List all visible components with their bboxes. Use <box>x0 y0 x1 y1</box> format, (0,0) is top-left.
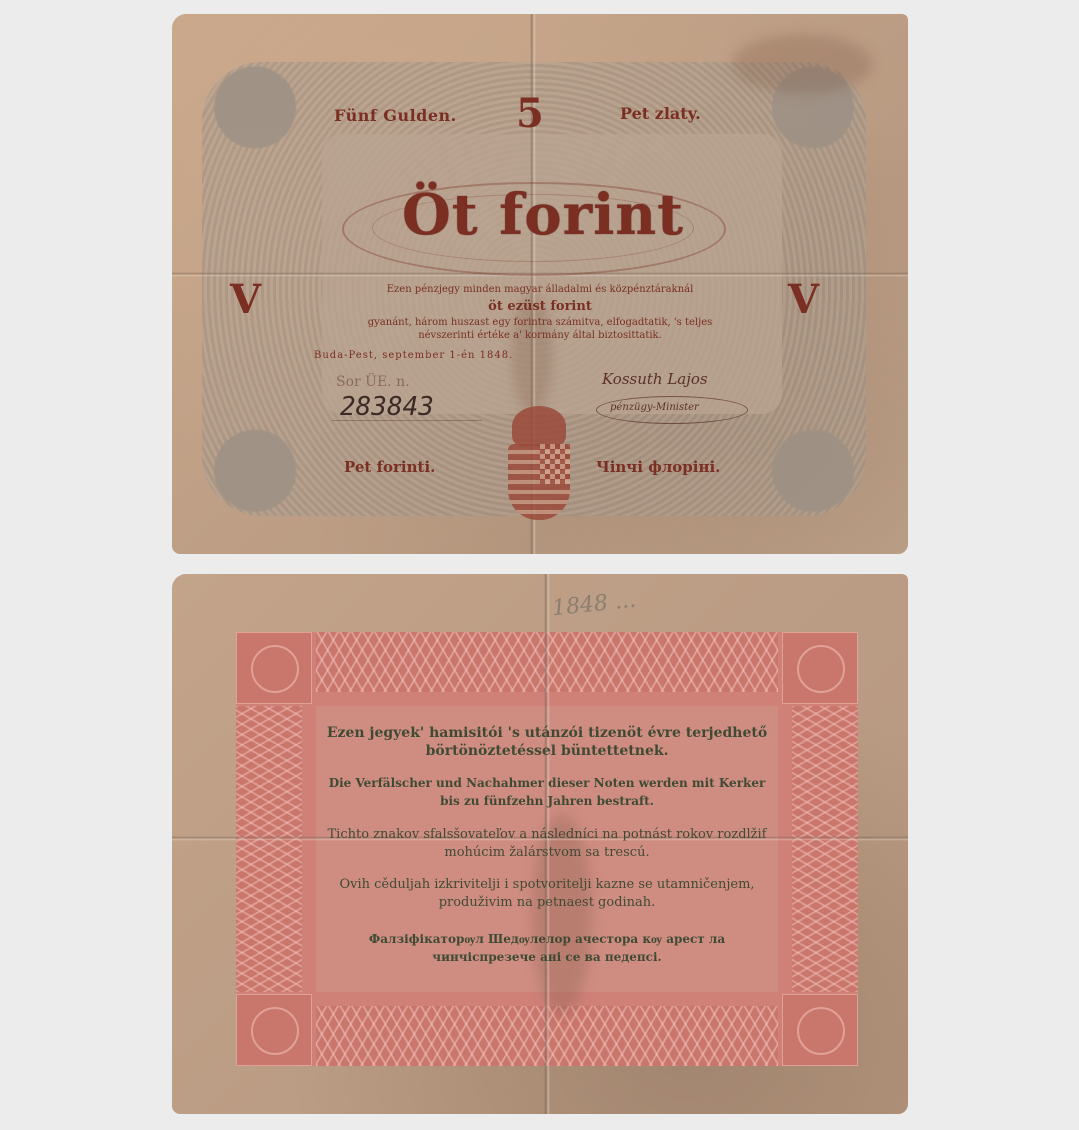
frame-band-right <box>792 706 858 992</box>
penalty-text-hungarian: Ezen jegyek' hamisitói 's utánzói tizenö… <box>322 724 772 760</box>
shield-checker <box>540 444 570 484</box>
frame-corner-rosette <box>236 632 312 704</box>
penalty-text-german: Die Verfälscher und Nachahmer dieser Not… <box>322 774 772 810</box>
stain <box>732 34 872 94</box>
signature-title: pénzügy-Minister <box>610 402 699 413</box>
denomination-romanian-cyrillic: Чinчi флоріні. <box>596 458 720 476</box>
body-text-line: névszerinti értéke a' kormány által bizt… <box>172 330 908 341</box>
body-text-line: gyanánt, három huszast egy forintra szám… <box>172 317 908 328</box>
coat-of-arms-icon <box>504 406 574 524</box>
serial-number: 283843 <box>340 392 434 422</box>
frame-band-left <box>236 706 302 992</box>
banknote-front: Fünf Gulden. 5 Pet zlaty. Öt forint V V … <box>172 14 908 554</box>
banknote-back: 1848 ... Ezen jegyek' hamisitói 's utánz… <box>172 574 908 1114</box>
frame-corner-rosette <box>782 994 858 1066</box>
crown-icon <box>512 406 566 446</box>
denomination-slovak: Pet zlaty. <box>620 104 701 123</box>
denomination-german: Fünf Gulden. <box>334 106 457 125</box>
frame-corner-rosette <box>236 994 312 1066</box>
handwritten-annotation: 1848 ... <box>551 588 637 622</box>
penalty-text-slovak: Tichto znakov sfalsšovateľov a následníc… <box>322 826 772 862</box>
signature: Kossuth Lajos <box>602 370 708 388</box>
note-title: Öt forint <box>402 182 684 248</box>
body-text-line: Ezen pénzjegy minden magyar álladalmi és… <box>172 284 908 295</box>
denomination-serbian: Pet forinti. <box>344 458 435 476</box>
penalty-text-croatian: Ovih cěduljah izkrivitelji i spotvoritel… <box>322 876 772 912</box>
frame-corner-rosette <box>782 632 858 704</box>
denomination-numeral: 5 <box>516 90 544 137</box>
body-text-line: öt ezüst forint <box>172 299 908 314</box>
penalty-text-romanian: Фалзіфікаторѹл Шедѹлелор ачестора кѹ аре… <box>322 930 772 966</box>
place-date: Buda-Pest, september 1-én 1848. <box>314 350 513 361</box>
